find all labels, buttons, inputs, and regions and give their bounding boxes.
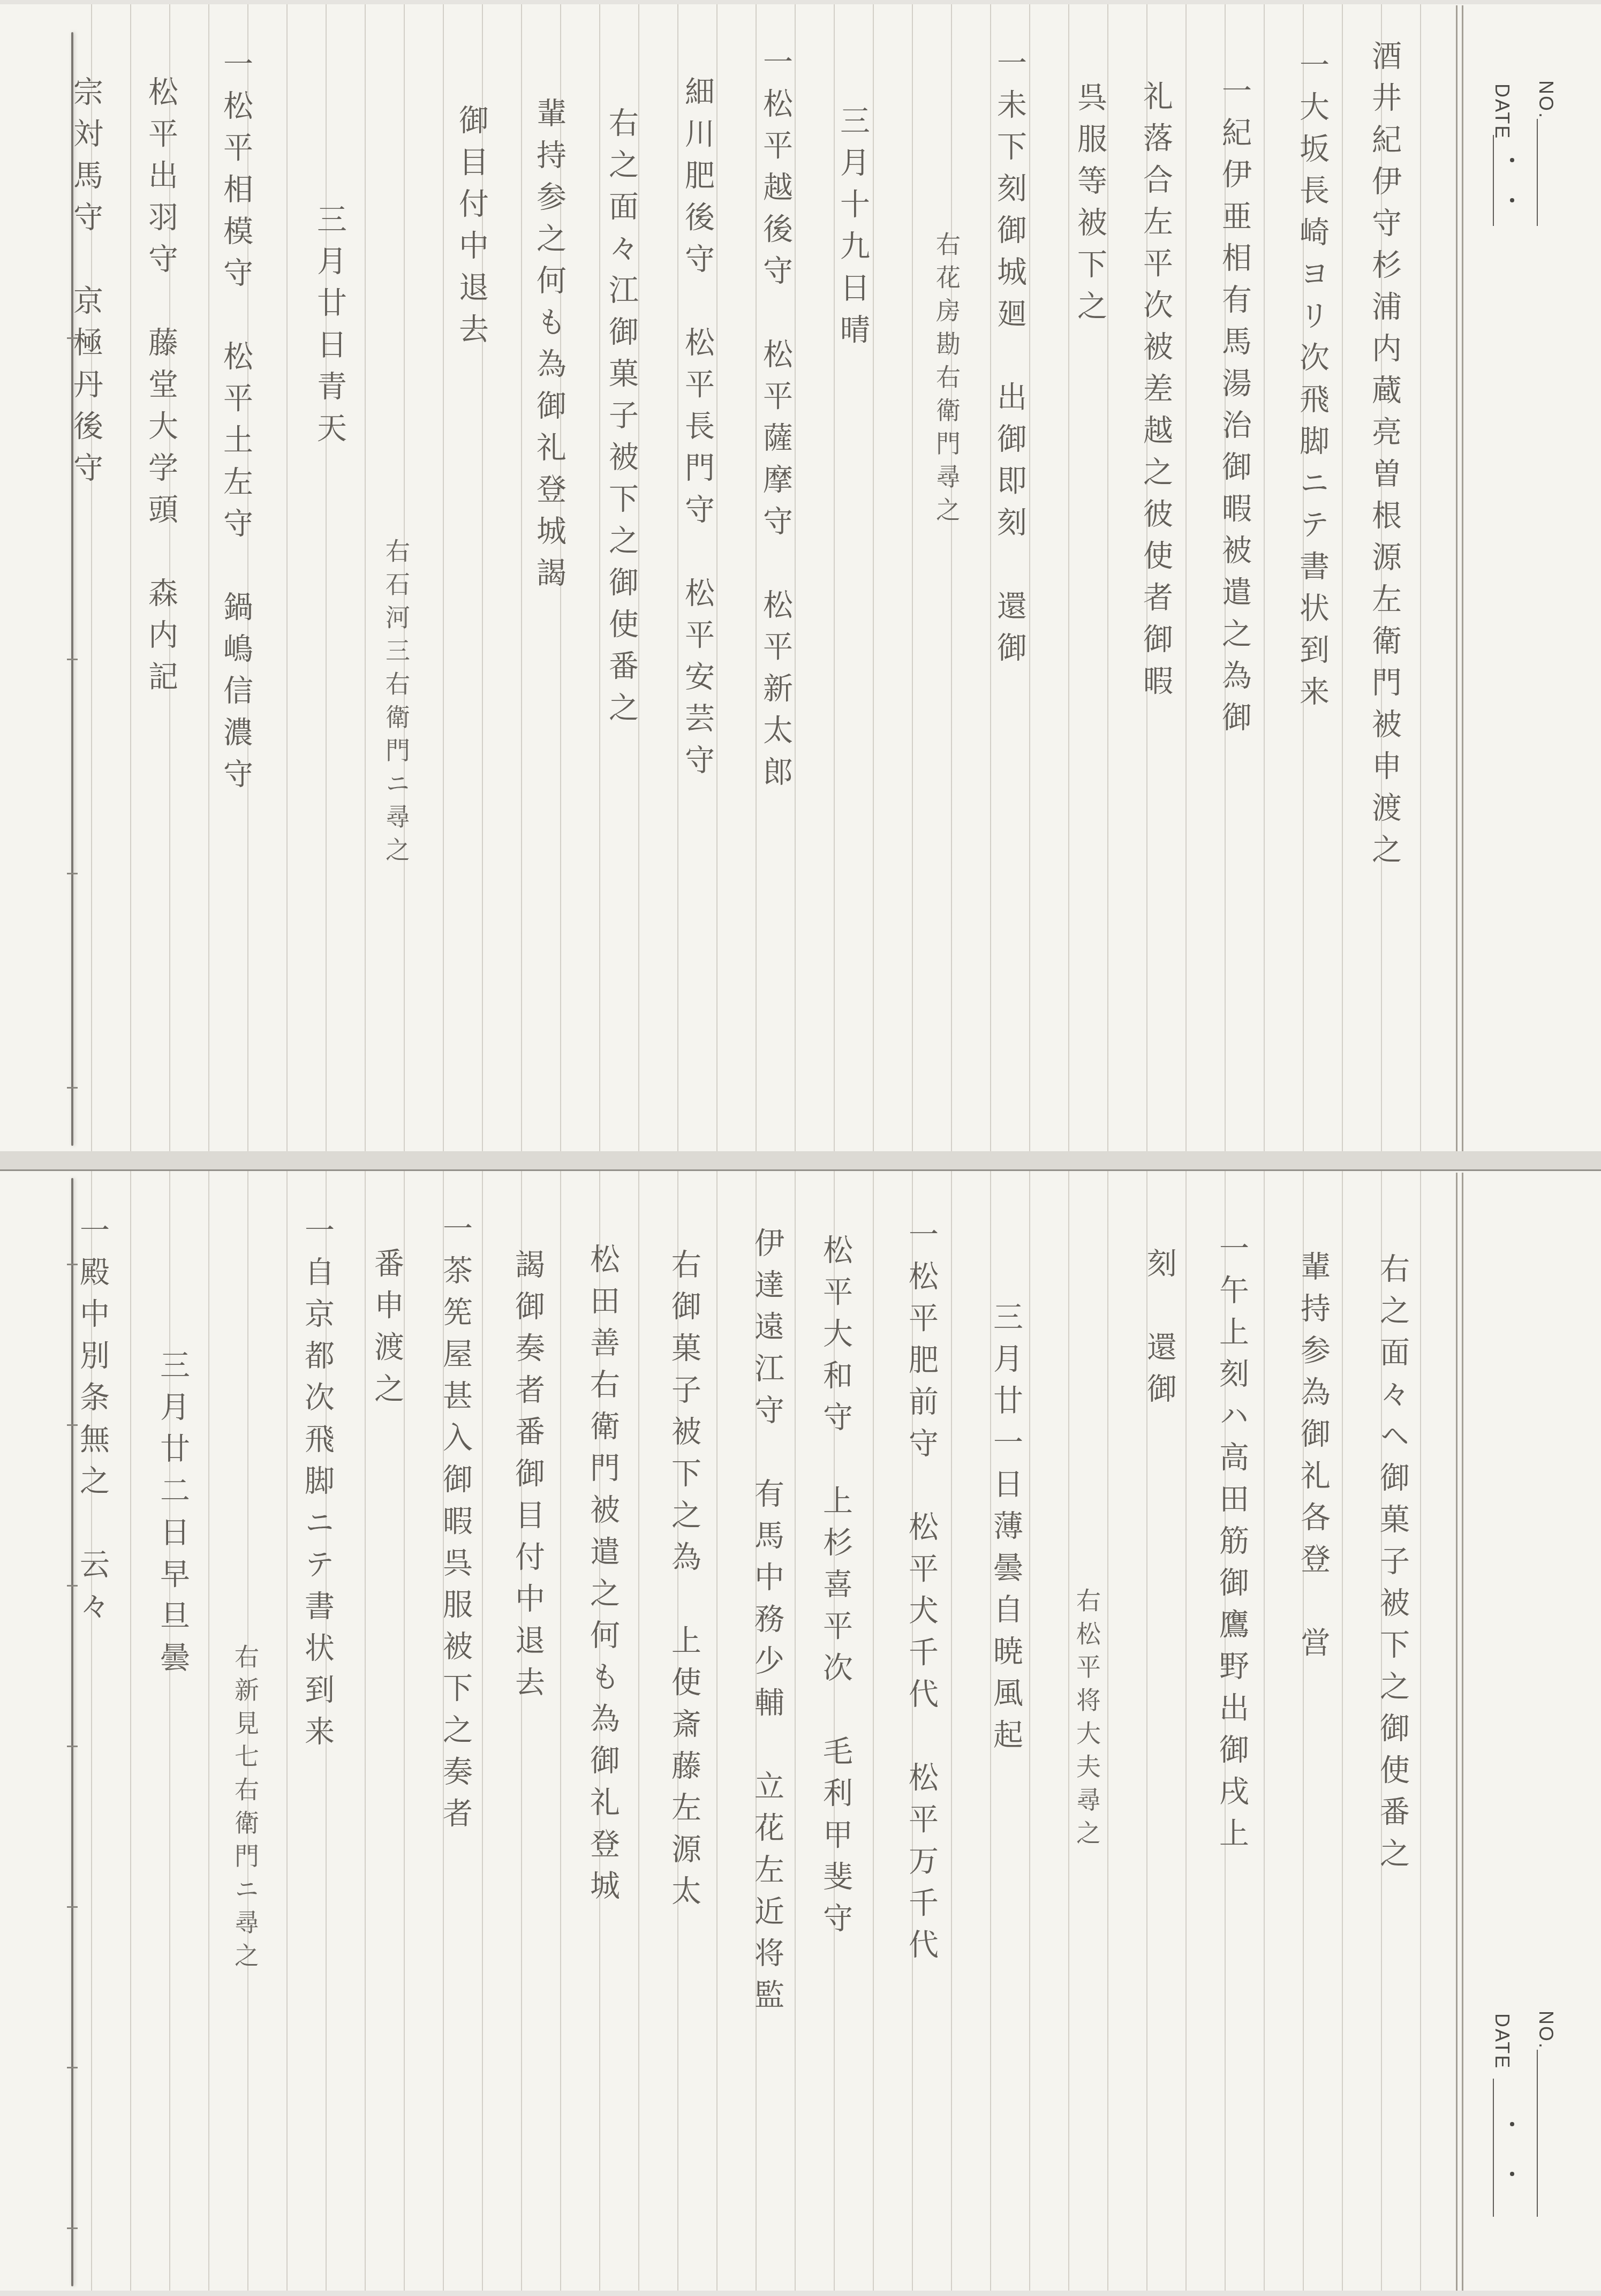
- handwritten-column: 松田善右衛門被遣之何も為御礼登城: [579, 1243, 626, 1912]
- binding-tick: [67, 2067, 78, 2068]
- page1-date-label: DATE: [1491, 84, 1513, 140]
- handwritten-column: 一茶筅屋甚入御暇呉服被下之奏者: [432, 1213, 479, 1839]
- right-double-margin-line-inner: [1462, 1173, 1463, 2291]
- handwritten-column: 輩持参之何も為御礼登城謁: [525, 97, 572, 599]
- handwritten-column: 一午上刻ハ高田筋御鷹野出御戌上: [1208, 1233, 1255, 1859]
- handwritten-column: 伊達遠江守 有馬中務少輔 立花左近将監: [743, 1227, 790, 2021]
- right-double-margin-line-outer: [1456, 5, 1457, 1151]
- page1-date-dot: [1510, 158, 1514, 162]
- handwritten-column: 右御菓子被下之為 上使斎藤左源太: [660, 1249, 707, 1917]
- handwritten-column: 三月廿二日早旦曇: [149, 1349, 196, 1683]
- handwritten-column: 右之面々江御菓子被下之御使番之: [598, 107, 645, 734]
- handwritten-column: 刻 還御: [1136, 1248, 1183, 1415]
- handwritten-column: 番申渡之: [363, 1248, 410, 1415]
- scanned-manuscript: { "document_kind": "handwritten vertical…: [0, 0, 1601, 2296]
- right-double-margin-line-outer: [1456, 1173, 1457, 2291]
- handwritten-column: 一松平相模守 松平土左守 鍋嶋信濃守: [212, 48, 259, 800]
- handwritten-column: 三月廿一日薄曇自暁風起: [982, 1301, 1029, 1761]
- page2-date-dot: [1510, 2172, 1514, 2176]
- handwritten-column: 謁御奏者番御目付中退去: [504, 1249, 551, 1708]
- handwritten-column: 一殿中別条無之 云々: [69, 1214, 116, 1632]
- handwritten-column: 一自京都次飛脚ニテ書状到来: [293, 1214, 341, 1757]
- page1-no-label: NO.: [1535, 80, 1557, 119]
- handwritten-column: 一大坂長崎ヨリ次飛脚ニテ書状到来: [1288, 49, 1335, 717]
- binding-tick: [67, 1906, 78, 1908]
- binding-tick: [67, 1087, 78, 1089]
- handwritten-column: 右松平将大夫尋之: [1068, 1588, 1106, 1853]
- page2-no-underline: [1537, 2050, 1538, 2217]
- binding-tick: [67, 873, 78, 874]
- handwritten-column: 右花房勘右衛門尋之: [927, 231, 966, 530]
- page2-date-label: DATE: [1491, 2013, 1513, 2070]
- handwritten-column: 松平大和守 上杉喜平次 毛利甲斐守: [812, 1234, 859, 1944]
- handwritten-column: 右石河三右衛門ニ尋之: [377, 538, 416, 870]
- handwritten-column: 一松平越後守 松平薩摩守 松平新太郎: [752, 46, 799, 798]
- handwritten-column: 細川肥後守 松平長門守 松平安芸守: [674, 76, 721, 786]
- binding-tick: [67, 659, 78, 660]
- handwritten-column: 酒井紀伊守杉浦内蔵亮曽根源左衛門被申渡之: [1361, 40, 1408, 875]
- handwritten-column: 輩持参為御礼各登 営: [1289, 1251, 1336, 1668]
- binding-tick: [67, 1746, 78, 1747]
- page1-date-underline: [1493, 135, 1494, 226]
- page2-date-dot: [1510, 2122, 1514, 2126]
- handwritten-column: 一紀伊亜相有馬湯治御暇被遣之為御: [1211, 75, 1258, 743]
- scan-edge-bottom: [0, 2291, 1601, 2296]
- binding-tick: [67, 2227, 78, 2229]
- handwritten-column: 右之面々ヘ御菓子被下之御使番之: [1369, 1253, 1416, 1879]
- right-double-margin-line-inner: [1462, 5, 1463, 1151]
- handwritten-column: 三月廿日青天: [306, 203, 353, 454]
- handwritten-column: 三月十九日晴: [829, 105, 876, 356]
- handwritten-column: 呉服等被下之: [1066, 81, 1113, 332]
- handwritten-column: 礼落合左平次被差越之彼使者御暇: [1132, 80, 1179, 707]
- handwritten-column: 右新見七右衛門ニ尋之: [226, 1644, 265, 1976]
- page1-no-underline: [1537, 119, 1538, 226]
- handwritten-column: 松平出羽守 藤堂大学頭 森内記: [137, 76, 184, 703]
- page2-no-label: NO.: [1535, 2011, 1557, 2050]
- handwritten-column: 一未下刻御城廻 出御即刻 還御: [986, 47, 1033, 674]
- page1-date-dot: [1510, 198, 1514, 202]
- handwritten-column: 宗対馬守 京極丹後守: [62, 76, 109, 494]
- page-seam: [0, 1151, 1601, 1170]
- handwritten-column: 一松平肥前守 松平犬千代 松平万千代: [897, 1219, 945, 1970]
- page2-date-underline: [1493, 2079, 1494, 2217]
- handwritten-column: 御目付中退去: [448, 104, 495, 355]
- scan-edge-top: [0, 0, 1601, 4]
